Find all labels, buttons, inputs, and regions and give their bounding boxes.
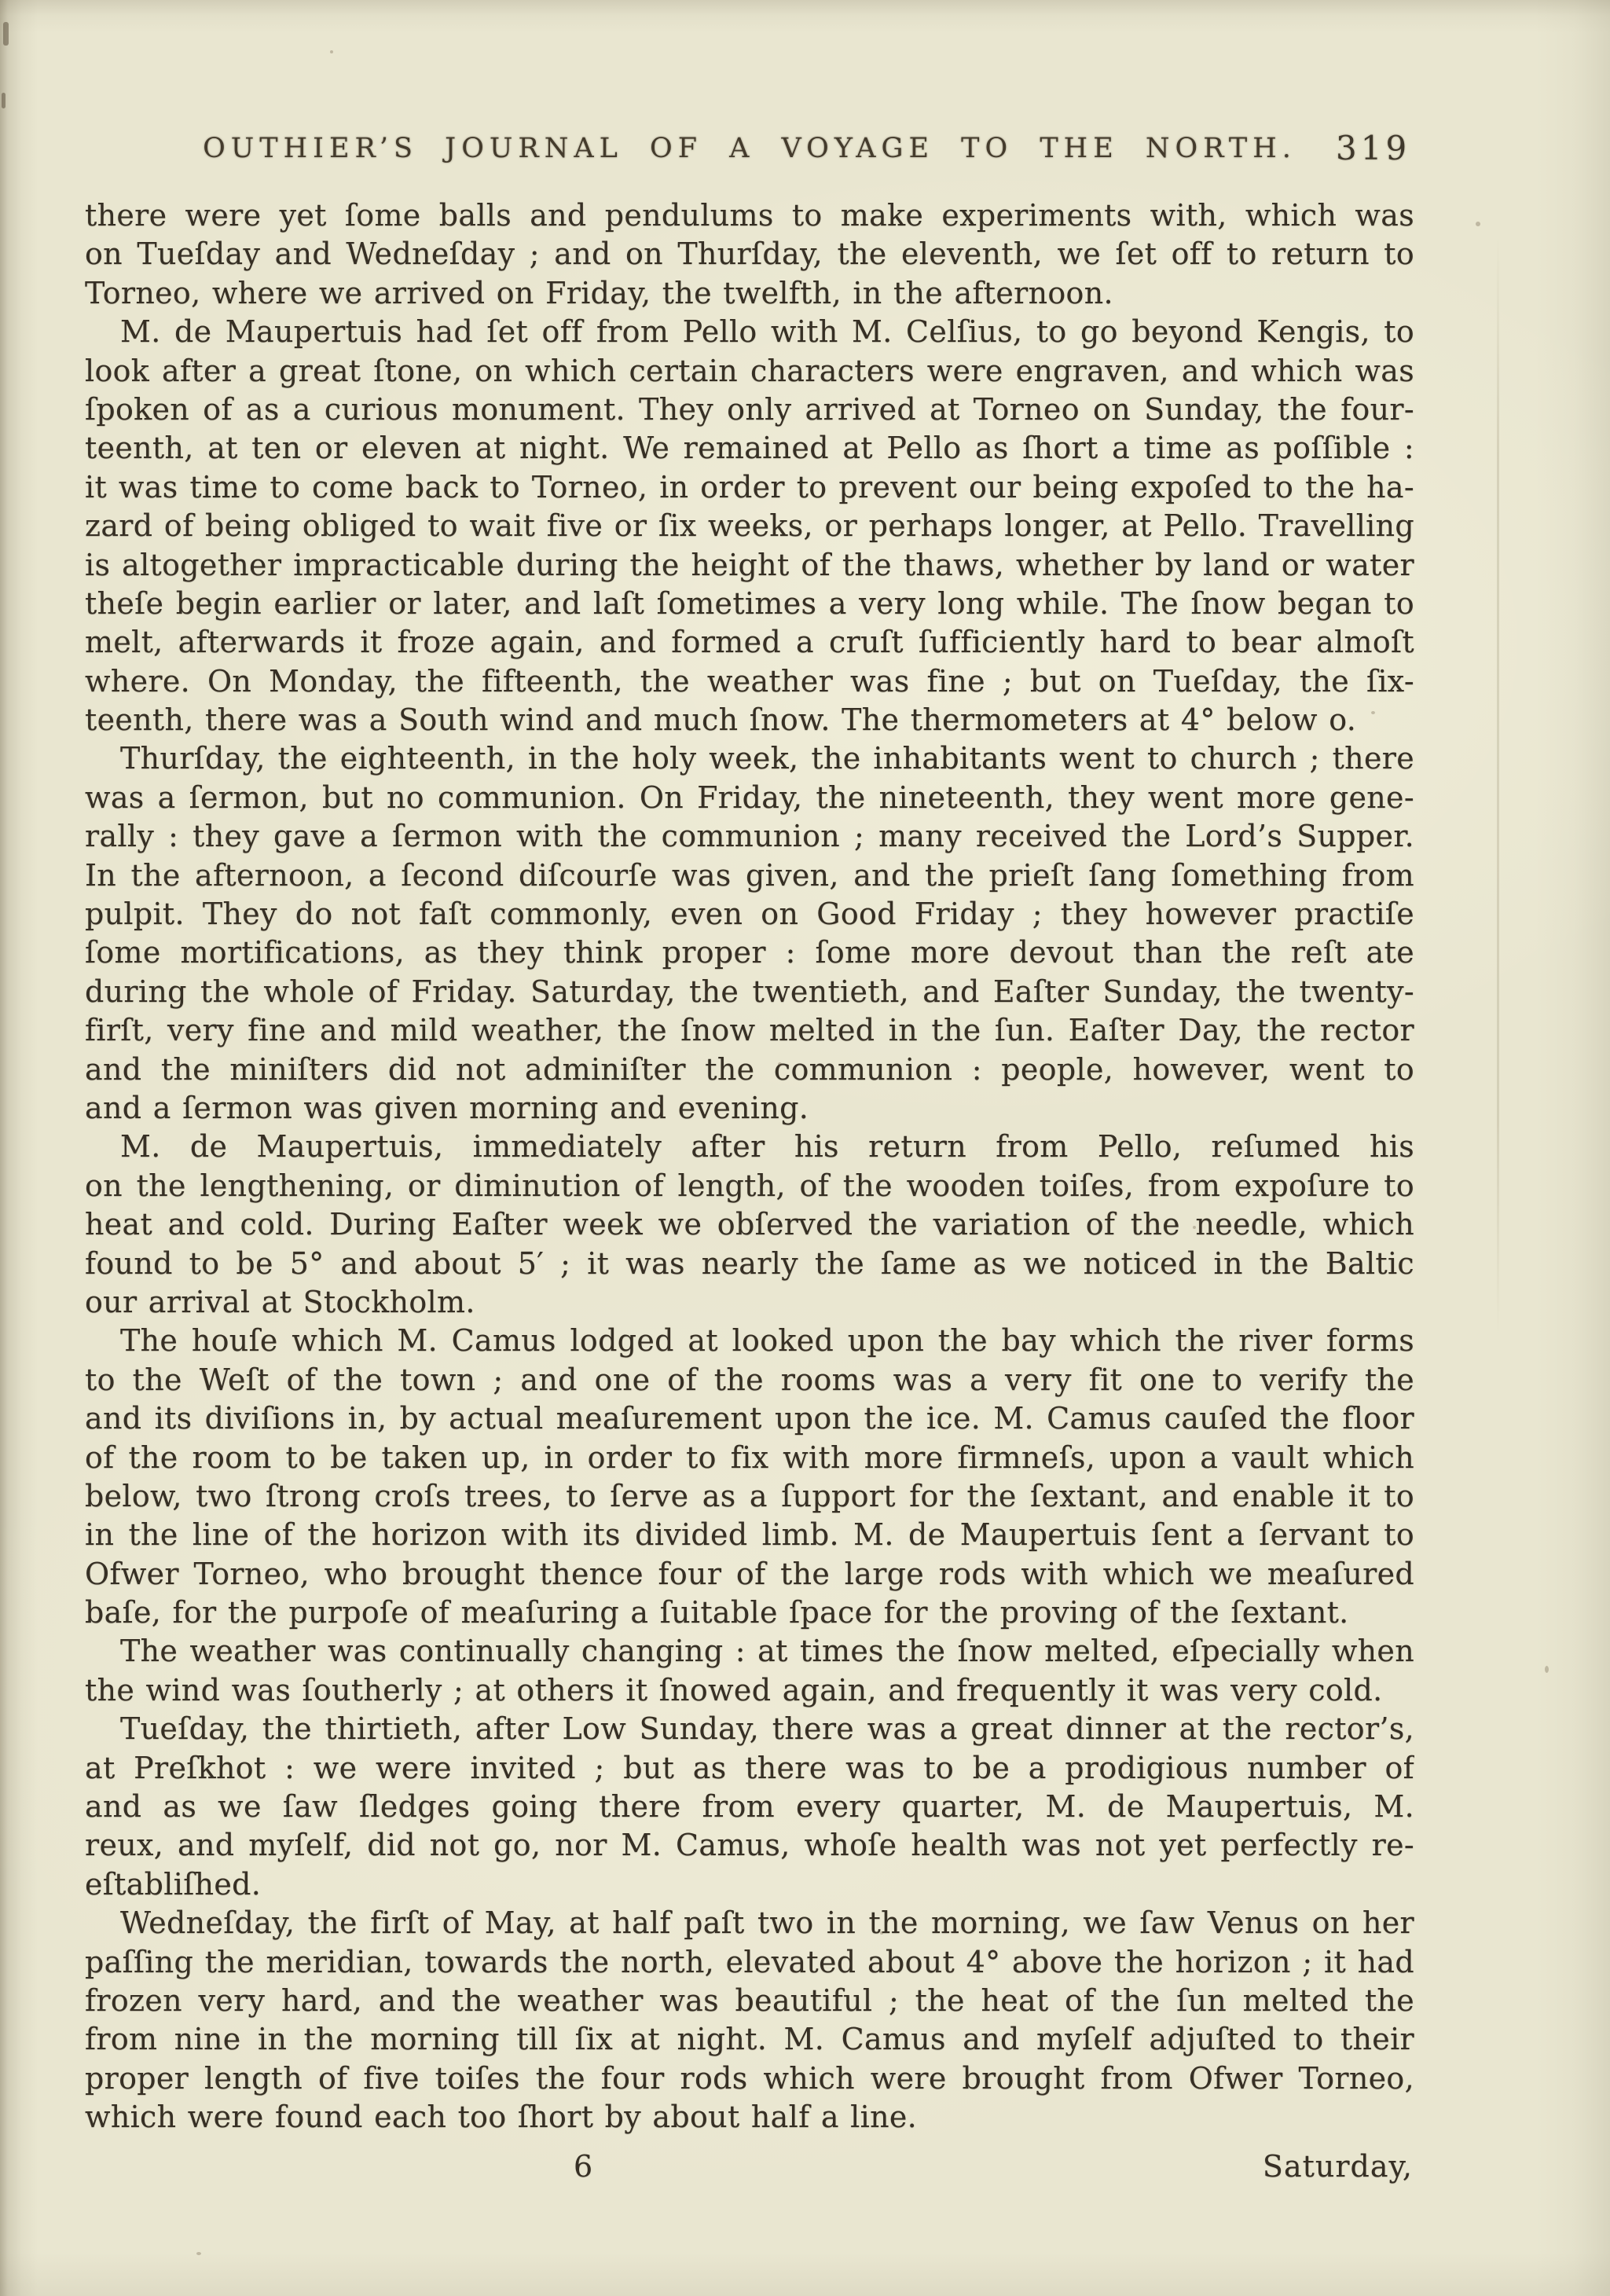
text-line: it was time to come back to Torneo, in o…	[85, 468, 1414, 507]
page-footer: 6 Saturday,	[85, 2149, 1414, 2196]
text-line: heat and cold. During Eaſter week we obſ…	[85, 1205, 1414, 1244]
text-line: theſe begin earlier or later, and laſt ſ…	[85, 585, 1414, 623]
spine-edge-mark	[3, 22, 9, 46]
text-line: Thurſday, the eighteenth, in the holy we…	[85, 739, 1414, 778]
body-text: there were yet ſome balls and pendulums …	[85, 196, 1414, 2137]
text-line: zard of being obliged to wait five or ſi…	[85, 507, 1414, 545]
text-line: The houſe which M. Camus lodged at looke…	[85, 1322, 1414, 1360]
signature-mark: 6	[574, 2149, 592, 2184]
text-line: eſtabliſhed.	[85, 1865, 1414, 1904]
paper-speck	[1193, 1226, 1196, 1229]
page-number: 319	[1336, 129, 1422, 167]
text-line: our arrival at Stockholm.	[85, 1283, 1414, 1322]
text-line: there were yet ſome balls and pendulums …	[85, 196, 1414, 235]
text-line: and as we ſaw ſledges going there from e…	[85, 1788, 1414, 1826]
text-line: In the afternoon, a ſecond diſcourſe was…	[85, 856, 1414, 895]
text-line: frozen very hard, and the weather was be…	[85, 1982, 1414, 2020]
text-line: teenth, at ten or eleven at night. We re…	[85, 429, 1414, 468]
text-line: found to be 5° and about 5′ ; it was nea…	[85, 1245, 1414, 1283]
paper-speck	[1371, 711, 1375, 714]
text-line: rally : they gave a ſermon with the comm…	[85, 817, 1414, 856]
text-line: and its diviſions in, by actual meaſurem…	[85, 1399, 1414, 1438]
text-line: firſt, very fine and mild weather, the ſ…	[85, 1011, 1414, 1050]
text-line: was a ſermon, but no communion. On Frida…	[85, 779, 1414, 817]
text-line: and the miniſters did not adminiſter the…	[85, 1051, 1414, 1089]
text-line: M. de Maupertuis, immediately after his …	[85, 1128, 1414, 1166]
text-line: melt, afterwards it froze again, and for…	[85, 623, 1414, 662]
paper-speck	[196, 2252, 201, 2255]
text-line: in the line of the horizon with its divi…	[85, 1516, 1414, 1554]
paper-speck	[778, 1062, 782, 1066]
text-line: from nine in the morning till ſix at nig…	[85, 2020, 1414, 2059]
text-line: ſome mortifications, as they think prope…	[85, 933, 1414, 972]
text-line: look after a great ſtone, on which certa…	[85, 352, 1414, 391]
text-line: reux, and myſelf, did not go, nor M. Cam…	[85, 1826, 1414, 1865]
text-line: Ofwer Torneo, who brought thence four of…	[85, 1555, 1414, 1594]
catchword: Saturday,	[1263, 2149, 1413, 2184]
paper-speck	[880, 1931, 883, 1935]
text-line: during the whole of Friday. Saturday, th…	[85, 973, 1414, 1011]
text-line: on the lengthening, or diminution of len…	[85, 1167, 1414, 1205]
text-line: ſpoken of as a curious monument. They on…	[85, 391, 1414, 429]
text-line: pulpit. They do not faſt commonly, even …	[85, 895, 1414, 933]
text-line: teenth, there was a South wind and much …	[85, 701, 1414, 739]
text-line: of the room to be taken up, in order to …	[85, 1439, 1414, 1477]
text-line: Wedneſday, the firſt of May, at half paſ…	[85, 1904, 1414, 1942]
running-header-title: OUTHIER’S JOURNAL OF A VOYAGE TO THE NOR…	[85, 132, 1414, 165]
text-line: the wind was ſoutherly ; at others it ſn…	[85, 1671, 1414, 1710]
text-line: and a ſermon was given morning and eveni…	[85, 1089, 1414, 1128]
text-line: The weather was continually changing : a…	[85, 1632, 1414, 1671]
spine-edge-mark	[2, 93, 6, 108]
text-line: on Tueſday and Wedneſday ; and on Thurſd…	[85, 235, 1414, 273]
text-line: proper length of five toiſes the four ro…	[85, 2059, 1414, 2098]
text-line: Tueſday, the thirtieth, after Low Sunday…	[85, 1710, 1414, 1748]
text-line: baſe, for the purpoſe of meaſuring a ſui…	[85, 1594, 1414, 1632]
text-line: which were found each too ſhort by about…	[85, 2098, 1414, 2136]
text-line: where. On Monday, the fifteenth, the wea…	[85, 662, 1414, 701]
book-page: OUTHIER’S JOURNAL OF A VOYAGE TO THE NOR…	[0, 0, 1610, 2296]
text-line: M. de Maupertuis had ſet off from Pello …	[85, 313, 1414, 351]
paper-speck	[1545, 1666, 1549, 1673]
text-line: below, two ſtrong croſs trees, to ſerve …	[85, 1477, 1414, 1516]
text-line: paſſing the meridian, towards the north,…	[85, 1943, 1414, 1982]
page-edge-line	[1497, 236, 1499, 1336]
paper-speck	[1476, 222, 1480, 226]
text-line: at Preſkhot : we were invited ; but as t…	[85, 1749, 1414, 1788]
text-line: to the Weſt of the town ; and one of the…	[85, 1361, 1414, 1399]
text-line: Torneo, where we arrived on Friday, the …	[85, 274, 1414, 313]
text-line: is altogether impracticable during the h…	[85, 546, 1414, 585]
paper-speck	[330, 50, 333, 53]
